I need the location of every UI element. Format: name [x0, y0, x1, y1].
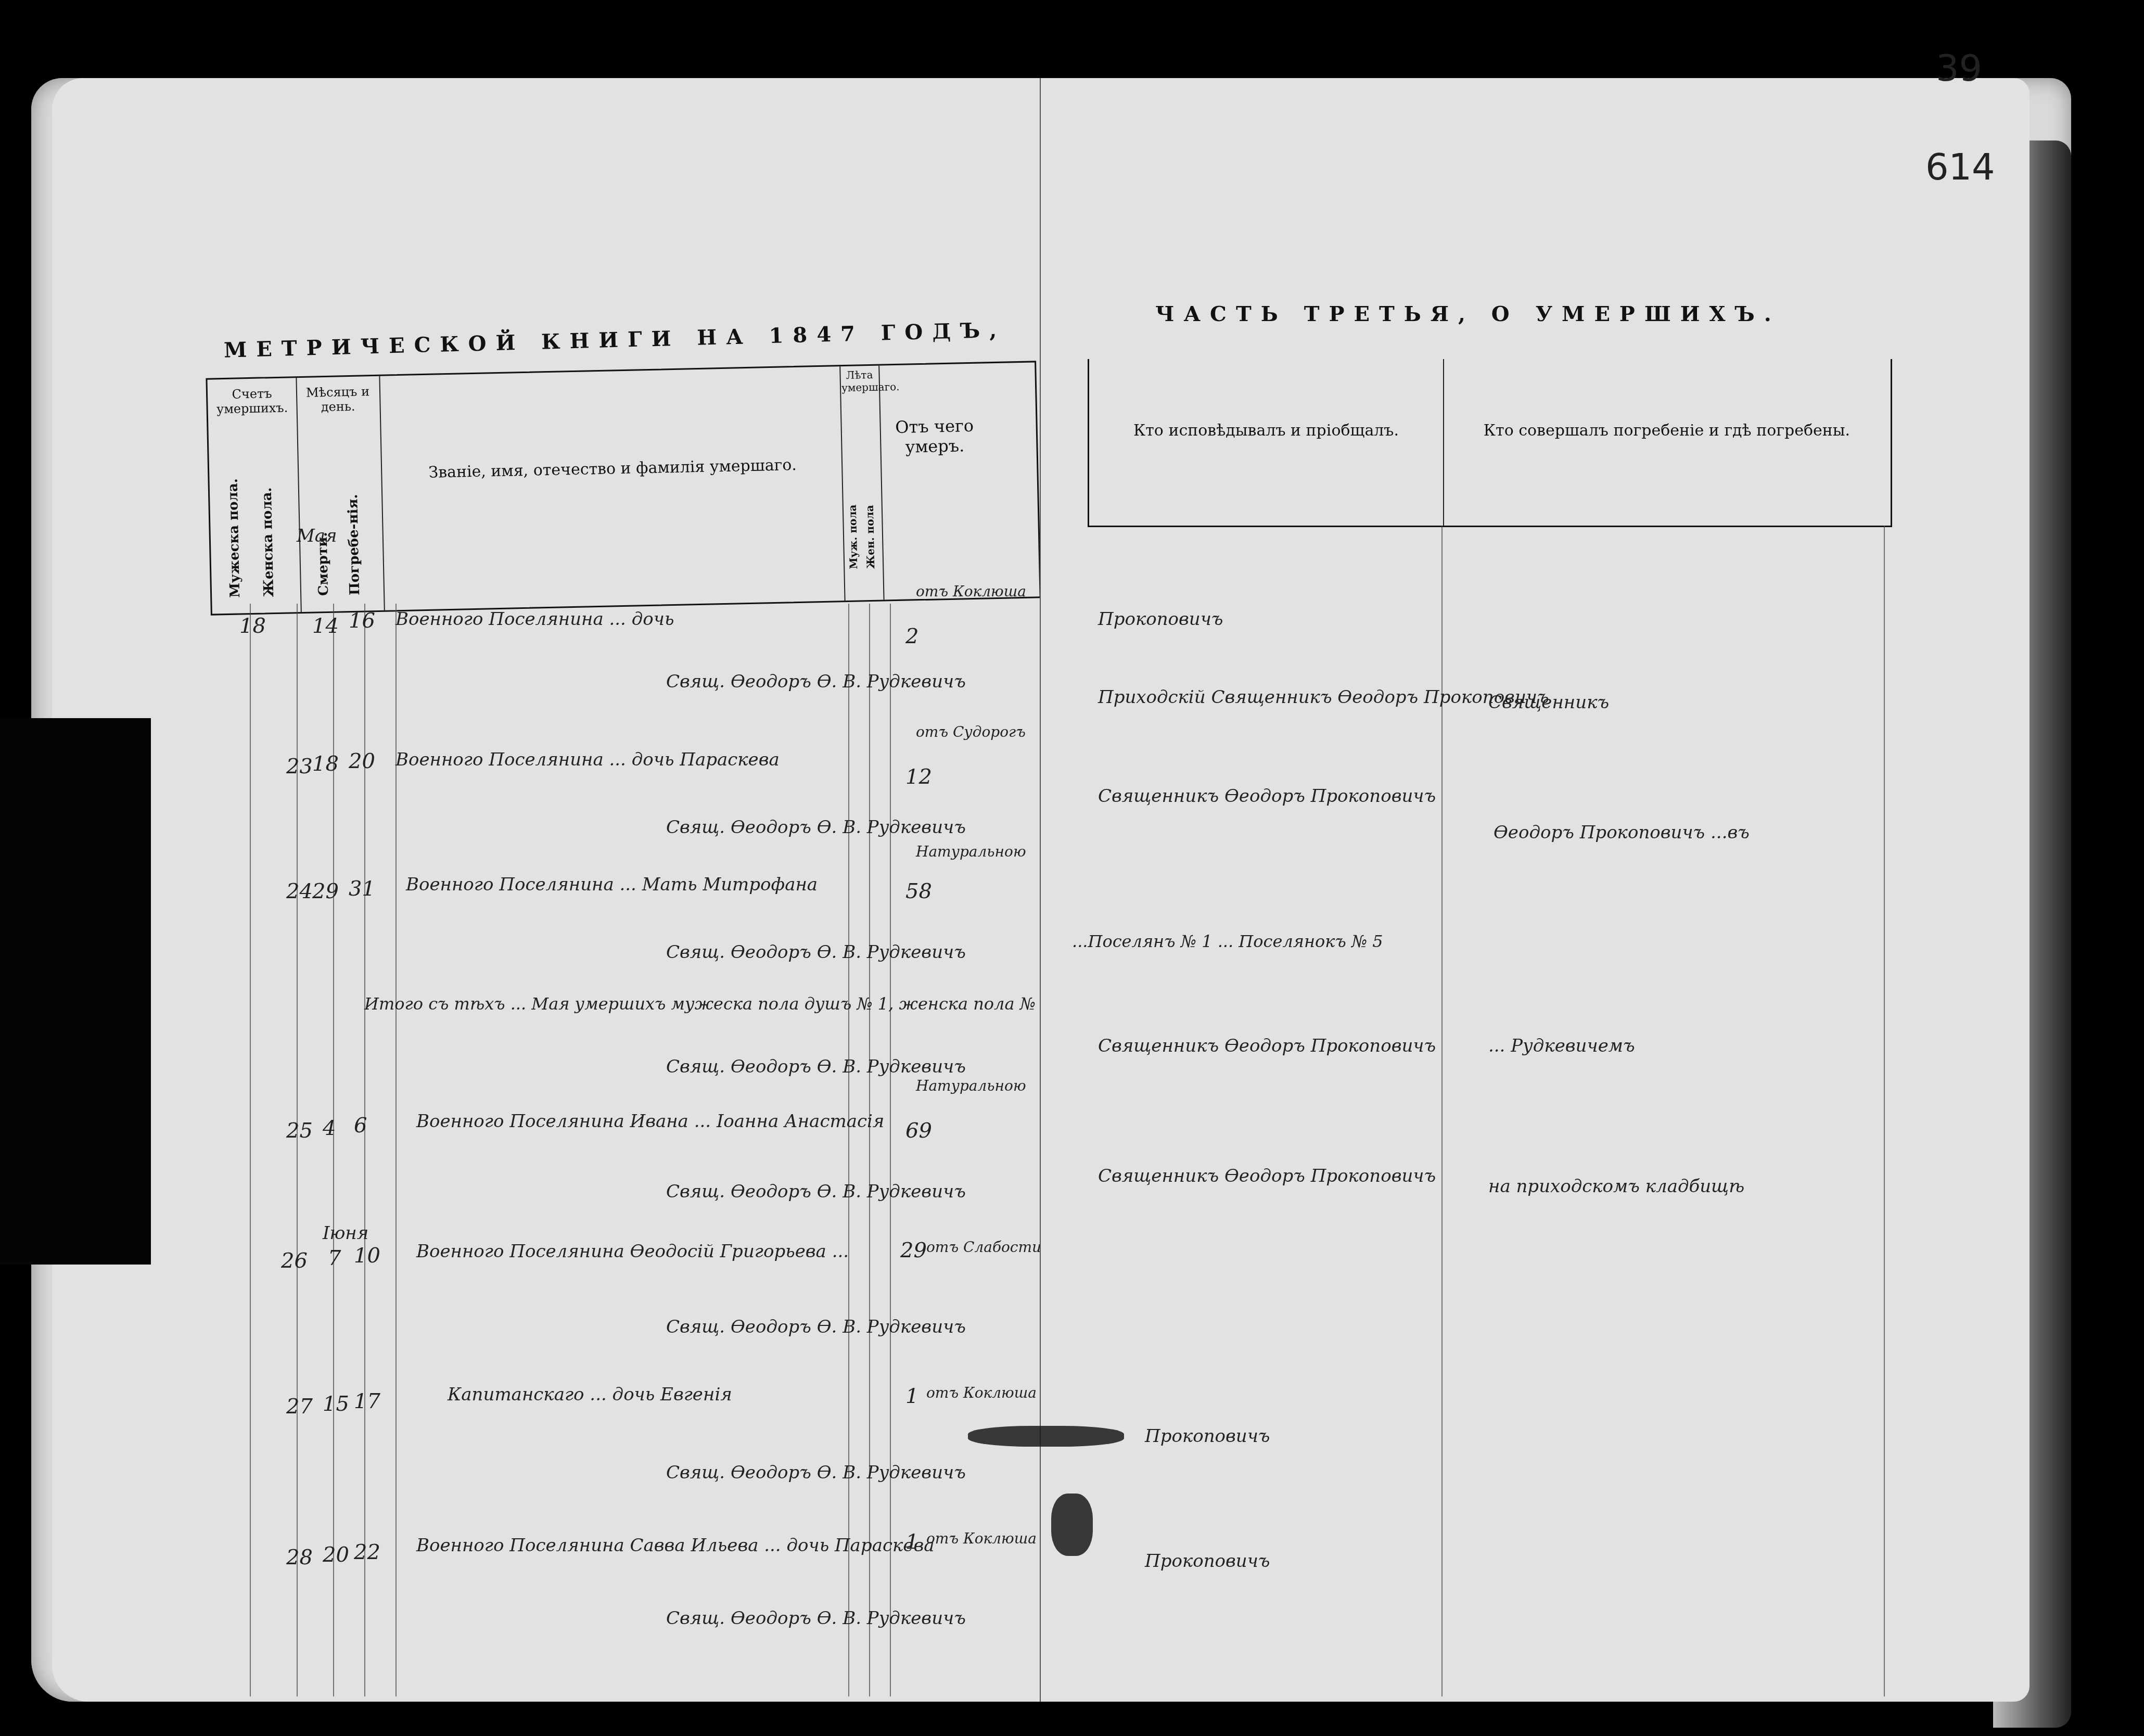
name-header: Званіе, имя, отечество и фамилія умершаг… — [386, 455, 839, 482]
right-page: 39 614 ЧАСТЬ ТРЕТЬЯ, О УМЕРШИХЪ. Кто исп… — [1041, 78, 2030, 1702]
total-cell: ...Поселянъ № 1 ... Поселянокъ № 5 — [1072, 931, 1383, 951]
left-header-table: Счетъ умершихъ. Мужеска пола. Женска пол… — [206, 361, 1041, 615]
book-spread: МЕТРИЧЕСКОЙ КНИГИ НА 1847 ГОДЪ, Счетъ ум… — [31, 78, 2071, 1702]
confessor-cell: Прокоповичъ — [1145, 1551, 1270, 1572]
male-header: Мужеска пола. — [225, 462, 243, 598]
archive-number: 614 — [1925, 146, 1995, 188]
burial-cell: Ѳеодоръ Прокоповичъ ...въ — [1494, 822, 1750, 843]
age-female-header: Жен. пола — [862, 454, 877, 569]
age-male-header: Муж. пола — [845, 455, 860, 569]
folio-number: 39 — [1936, 47, 1982, 90]
burial-by-header: Кто совершалъ погребеніе и гдѣ погребены… — [1448, 422, 1885, 440]
cause-header: Отъ чего умеръ. — [882, 415, 987, 457]
count-header: Счетъ умершихъ. — [210, 386, 294, 416]
female-header: Женска пола. — [259, 462, 277, 597]
confessor-header: Кто исповѣдывалъ и пріобщалъ. — [1094, 422, 1438, 440]
ink-blot — [968, 1426, 1124, 1447]
confessor-cell: Священникъ Ѳеодоръ Прокоповичъ — [1098, 786, 1436, 807]
age-header: Лѣта умершаго. — [841, 368, 878, 394]
burial-cell: ... Рудкевичемъ — [1488, 1036, 1635, 1056]
burial-cell: на приходскомъ кладбищѣ — [1488, 1176, 1744, 1197]
confessor-cell: Прокоповичъ — [1145, 1426, 1270, 1447]
month-label-june: Іюня — [323, 1223, 368, 1244]
confessor-cell: Приходскій Священникъ Ѳеодоръ Прокопович… — [1098, 687, 1549, 708]
burial-cell: Священникъ — [1488, 692, 1609, 713]
right-title: ЧАСТЬ ТРЕТЬЯ, О УМЕРШИХЪ. — [1155, 302, 1781, 326]
left-title: МЕТРИЧЕСКОЙ КНИГИ НА 1847 ГОДЪ, — [224, 317, 1006, 362]
burial-header: Погребе-нія. — [344, 460, 363, 596]
black-bookmark-tab — [0, 718, 151, 1265]
month-label-may: Мая — [297, 526, 337, 546]
confessor-cell: Священникъ Ѳеодоръ Прокоповичъ — [1098, 1036, 1436, 1056]
right-header-table: Кто исповѣдывалъ и пріобщалъ. Кто соверш… — [1088, 359, 1892, 527]
ink-blot — [1051, 1494, 1093, 1556]
left-page: МЕТРИЧЕСКОЙ КНИГИ НА 1847 ГОДЪ, Счетъ ум… — [52, 78, 1041, 1702]
confessor-cell: Прокоповичъ — [1098, 609, 1223, 630]
confessor-cell: Священникъ Ѳеодоръ Прокоповичъ — [1098, 1166, 1436, 1186]
month-day-header: Мѣсяцъ и день. — [299, 384, 377, 415]
